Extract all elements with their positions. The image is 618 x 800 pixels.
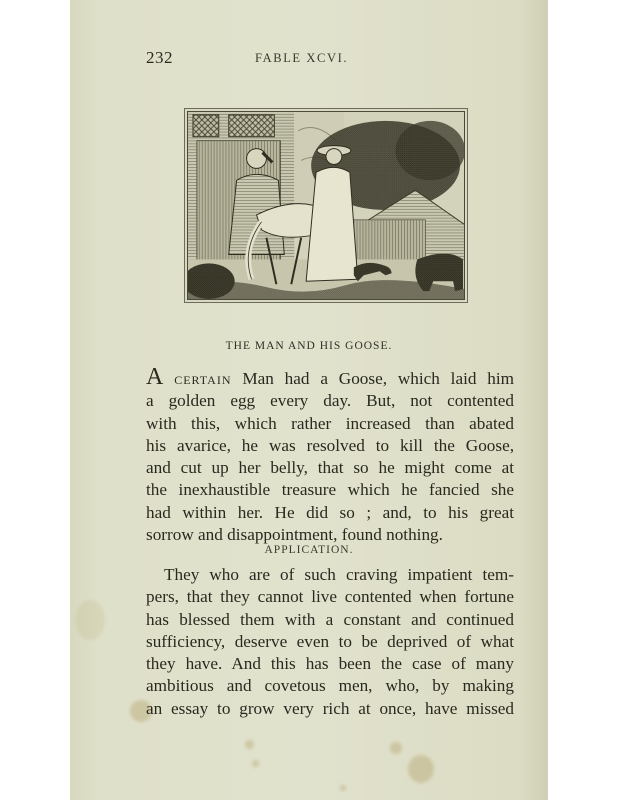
- foxing-stain: [252, 760, 259, 767]
- application-line: sufficiency, deserve even to be deprived…: [146, 631, 514, 653]
- foxing-stain: [75, 600, 105, 640]
- foxing-stain: [245, 740, 254, 749]
- fable-line: and cut up her belly, that so he might c…: [146, 457, 514, 479]
- page-number: 232: [146, 48, 173, 68]
- application-line: ambitious and covetous men, who, by maki…: [146, 675, 514, 697]
- fable-body: A certain Man had a Goose, which laid hi…: [146, 366, 514, 546]
- drop-cap: A: [146, 364, 163, 390]
- fable-illustration: [184, 108, 468, 303]
- application-body: They who are of such craving impatient t…: [146, 564, 514, 720]
- application-line: They who are of such craving impatient t…: [146, 564, 514, 586]
- engraving-image: [187, 111, 465, 300]
- opening-small-caps: certain: [174, 369, 231, 388]
- foxing-stain: [390, 742, 402, 754]
- fable-line: A certain Man had a Goose, which laid hi…: [146, 366, 514, 390]
- fable-line: had within her. He did so ; and, to his …: [146, 502, 514, 524]
- application-line: they have. And this has been the case of…: [146, 653, 514, 675]
- fable-line: his avarice, he was resolved to kill the…: [146, 435, 514, 457]
- application-line: has blessed them with a constant and con…: [146, 609, 514, 631]
- foxing-stain: [340, 785, 346, 791]
- application-heading: APPLICATION.: [70, 544, 548, 556]
- fable-line: the inexhaustible treasure which he fanc…: [146, 479, 514, 501]
- application-line: an essay to grow very rich at once, have…: [146, 698, 514, 720]
- fable-title: THE MAN AND HIS GOOSE.: [70, 340, 548, 352]
- foxing-stain: [408, 755, 434, 783]
- page-header: 232 FABLE XCVI.: [70, 48, 548, 72]
- book-page: 232 FABLE XCVI.: [70, 0, 548, 800]
- fable-line: a golden egg every day. But, not content…: [146, 390, 514, 412]
- application-line: pers, that they cannot live contented wh…: [146, 586, 514, 608]
- running-head: FABLE XCVI.: [255, 51, 348, 66]
- fable-line: with this, which rather increased than a…: [146, 413, 514, 435]
